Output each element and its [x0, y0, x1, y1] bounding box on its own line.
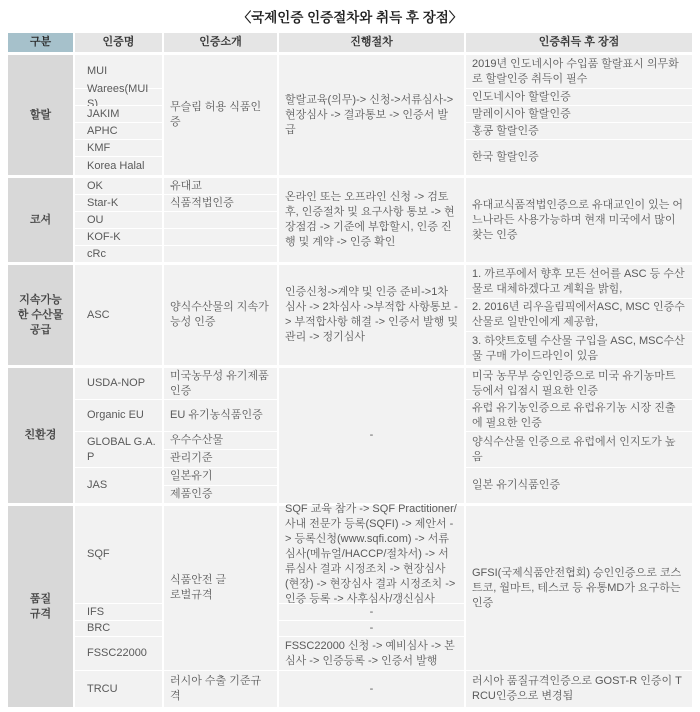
cert-intro-cell: 양식수산물의 지속가능성 인증: [164, 265, 277, 365]
benefit-cell: 한국 할랄인증: [466, 140, 692, 175]
header-cert-intro: 인증소개: [164, 33, 277, 52]
procedure-cell: 할랄교육(의무)-> 신청->서류심사-> 현장심사 -> 결과통보 -> 인증…: [279, 55, 464, 175]
cert-name-cell: USDA-NOP: [75, 368, 162, 399]
cert-name-cell: FSSC22000: [75, 637, 162, 670]
cert-name-cell: KMF: [75, 140, 162, 156]
header-category: 구분: [8, 33, 73, 52]
benefit-cell: 러시아 품질규격인증으로 GOST-R 인증이 TRCU인증으로 변경됨: [466, 671, 692, 707]
cert-intro-cell: EU 유기농식품인증: [164, 400, 277, 431]
benefit-cell: GFSI(국제식품안전협회) 승인인증으로 코스트코, 월마트, 테스코 등 유…: [466, 506, 692, 670]
section-kosher: 코셔 OK Star-K OU KOF-K cRc 유대교 식품적법인증 온라인…: [8, 178, 692, 262]
procedure-cell: -: [279, 621, 464, 636]
section-eco: 친환경 USDA-NOP Organic EU GLOBAL G.A.P JAS…: [8, 368, 692, 503]
cert-intro-cell-empty: [164, 212, 277, 228]
cert-intro-cell-empty: [164, 229, 277, 245]
procedure-cell: FSSC22000 신청 -> 예비심사 -> 본심사 -> 인증등록 -> 인…: [279, 637, 464, 670]
cert-intro-cell-empty: [164, 246, 277, 262]
header-cert-name: 인증명: [75, 33, 162, 52]
header-benefits: 인증취득 후 장점: [466, 33, 692, 52]
benefit-cell: 양식수산물 인증으로 유럽에서 인지도가 높음: [466, 432, 692, 467]
cert-name-cell: Korea Halal: [75, 157, 162, 175]
benefit-cell: 유대교식품적법인증으로 유대교인이 있는 어느나라든 사용가능하며 현재 미국에…: [466, 178, 692, 262]
benefit-cell: 2019년 인도네시아 수입품 할랄표시 의무화로 할랄인증 취득이 필수: [466, 55, 692, 88]
cert-name-cell: GLOBAL G.A.P: [75, 432, 162, 467]
benefit-cell: 미국 농무부 승인인증으로 미국 유기농마트 등에서 입점시 필요한 인증: [466, 368, 692, 399]
benefit-cell: 유럽 유기농인증으로 유럽유기농 시장 진출에 필요한 인증: [466, 400, 692, 431]
procedure-cell: -: [279, 671, 464, 707]
cert-name-cell: APHC: [75, 123, 162, 139]
benefit-cell: 3. 하얏트호텔 수산물 구입을 ASC, MSC수산물 구매 가이드라인이 있…: [466, 332, 692, 365]
benefit-cell: 말레이시아 할랄인증: [466, 106, 692, 122]
category-label: 품질규격: [29, 592, 53, 622]
cert-name-cell: OU: [75, 212, 162, 228]
benefit-cell: 홍콩 할랄인증: [466, 123, 692, 139]
cert-intro-cell: 우수수산물: [164, 432, 277, 449]
cert-intro-cell: 식품안전 글로벌규격: [164, 506, 277, 670]
cert-intro-cell: 러시아 수출 기준규격: [164, 671, 277, 707]
procedure-cell: 온라인 또는 오프라인 신청 -> 검토 후, 인증절차 및 요구사항 통보 -…: [279, 178, 464, 262]
cert-name-cell: JAKIM: [75, 106, 162, 122]
benefit-cell: 2. 2016년 리우올림픽에서ASC, MSC 인증수산물로 일반인에게 제공…: [466, 299, 692, 331]
cert-name-cell: cRc: [75, 246, 162, 262]
category-cell-halal: 할랄: [8, 55, 73, 175]
cert-name-cell: ASC: [75, 265, 162, 365]
cert-intro-cell: 미국농무성 유기제품 인증: [164, 368, 277, 399]
procedure-cell: 인증신청->계약 및 인증 준비->1차심사 -> 2차심사 ->부적합 사항통…: [279, 265, 464, 365]
cert-name-cell: JAS: [75, 468, 162, 503]
section-quality: 품질규격 SQF IFS BRC FSSC22000 TRCU 식품안전 글로벌…: [8, 506, 692, 707]
cert-name-cell: KOF-K: [75, 229, 162, 245]
benefit-cell: 인도네시아 할랄인증: [466, 89, 692, 105]
cert-name-cell: Warees(MUIS): [75, 89, 162, 105]
cert-name-cell: Organic EU: [75, 400, 162, 431]
cert-name-cell: BRC: [75, 621, 162, 636]
section-halal: 할랄 MUI Warees(MUIS) JAKIM APHC KMF Korea…: [8, 55, 692, 175]
cert-name-cell: IFS: [75, 604, 162, 620]
section-sustainable: 지속가능한 수산물 공급 ASC 양식수산물의 지속가능성 인증 인증신청->계…: [8, 265, 692, 365]
document-page: 〈국제인증 인증절차와 취득 후 장점〉 구분 인증명 인증소개 진행절차 인증…: [0, 0, 700, 707]
table-header-row: 구분 인증명 인증소개 진행절차 인증취득 후 장점: [8, 33, 692, 52]
cert-intro-cell: 일본유기: [164, 468, 277, 485]
category-cell-eco: 친환경: [8, 368, 73, 503]
cert-intro-cell: 관리기준: [164, 450, 277, 467]
procedure-cell: SQF 교육 참가 -> SQF Practitioner/사내 전문가 등록(…: [279, 506, 464, 603]
cert-name-cell: Star-K: [75, 195, 162, 211]
intro-label: 식품안전 글로벌규격: [170, 573, 236, 603]
benefit-cell: 1. 까르푸에서 향후 모든 선어를 ASC 등 수산물로 대체하겠다고 계획을…: [466, 265, 692, 298]
category-label: 지속가능한 수산물 공급: [16, 293, 66, 338]
page-title: 〈국제인증 인증절차와 취득 후 장점〉: [8, 4, 692, 33]
cert-name-cell: OK: [75, 178, 162, 194]
cert-intro-cell: 제품인증: [164, 486, 277, 503]
procedure-cell: -: [279, 604, 464, 620]
category-cell-quality: 품질규격: [8, 506, 73, 707]
header-procedure: 진행절차: [279, 33, 464, 52]
cert-intro-cell: 식품적법인증: [164, 195, 277, 211]
cert-intro-cell: 무슬림 허용 식품인증: [164, 55, 277, 175]
benefit-cell: 일본 유기식품인증: [466, 468, 692, 503]
category-cell-sustainable: 지속가능한 수산물 공급: [8, 265, 73, 365]
cert-intro-cell: 유대교: [164, 178, 277, 194]
category-cell-kosher: 코셔: [8, 178, 73, 262]
cert-name-cell: SQF: [75, 506, 162, 603]
cert-name-cell: TRCU: [75, 671, 162, 707]
procedure-cell: -: [279, 368, 464, 503]
